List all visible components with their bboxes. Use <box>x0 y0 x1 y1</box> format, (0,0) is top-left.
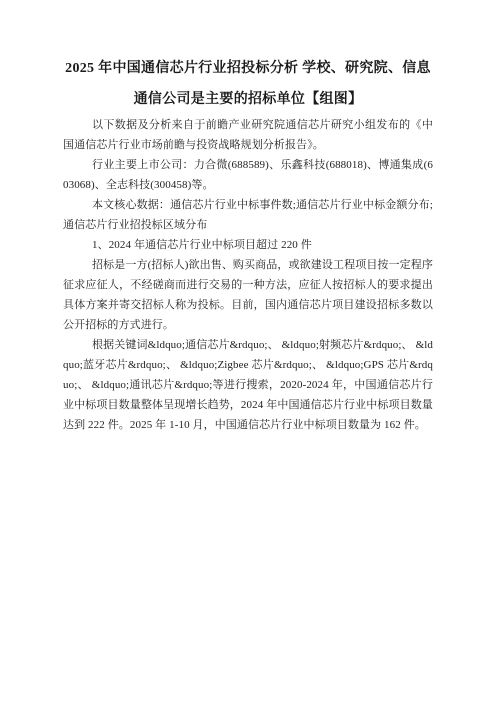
document-title-line-1: 2025 年中国通信芯片行业招投标分析 学校、研究院、信息 <box>65 61 431 76</box>
intro-paragraph: 以下数据及分析来自于前瞻产业研究院通信芯片研究小组发布的《中国通信芯片行业市场前… <box>63 115 433 155</box>
document-title-line-2: 通信公司是主要的招标单位【组图】 <box>134 92 363 107</box>
bidding-definition-paragraph: 招标是一方(招标人)欲出售、购买商品，或欲建设工程项目按一定程序征求应征人，不经… <box>63 255 433 335</box>
core-data-paragraph: 本文核心数据：通信芯片行业中标事件数;通信芯片行业中标金额分布;通信芯片行业招投… <box>63 195 433 235</box>
listed-companies-paragraph: 行业主要上市公司：力合微(688589)、乐鑫科技(688018)、博通集成(6… <box>63 155 433 195</box>
keyword-search-paragraph: 根据关键词&ldquo;通信芯片&rdquo;、 &ldquo;射频芯片&rdq… <box>63 335 433 435</box>
section-heading-1: 1、2024 年通信芯片行业中标项目超过 220 件 <box>63 235 433 255</box>
document-page: 2025 年中国通信芯片行业招投标分析 学校、研究院、信息通信公司是主要的招标单… <box>0 0 496 701</box>
document-title: 2025 年中国通信芯片行业招投标分析 学校、研究院、信息通信公司是主要的招标单… <box>63 53 433 115</box>
